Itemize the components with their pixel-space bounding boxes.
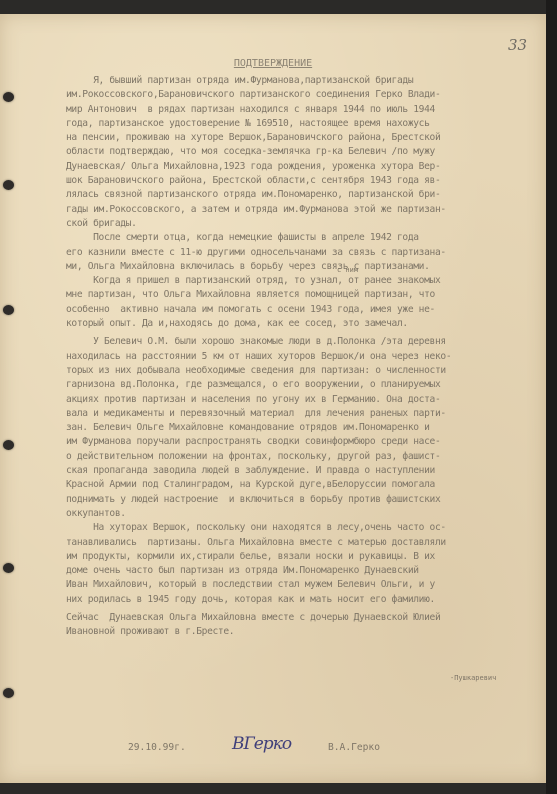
text-line: находилась на расстоянии 5 км от наших х… <box>66 350 548 364</box>
text-line: Ивановной проживают в г.Бресте. <box>66 625 548 639</box>
text-line: о действительном положении на фронтах, п… <box>66 450 548 464</box>
signer-name: В.А.Герко <box>328 742 380 753</box>
text-line: ской бригады. <box>66 217 548 231</box>
text-line: гарнизона вд.Полонка, где размещался, о … <box>66 378 548 392</box>
text-line: танавливались партизаны. Ольга Михайловн… <box>66 536 548 550</box>
text-line: них родилась в 1945 году дочь, которая к… <box>66 593 548 607</box>
scan-border <box>546 0 557 794</box>
text-line: Когда я пришел в партизанский отряд, то … <box>66 274 548 288</box>
text-line: который опыт. Да и,находясь до дома, как… <box>66 317 548 331</box>
text-line: доме очень часто был партизан из отряда … <box>66 564 548 578</box>
text-line: года, партизанское удостоверение № 16951… <box>66 117 548 131</box>
handwritten-insertion: с ним <box>337 266 358 274</box>
text-line: Я, бывший партизан отряда им.Фурманова,п… <box>66 74 548 88</box>
punch-hole <box>3 305 14 315</box>
punch-hole <box>3 92 14 102</box>
paragraph: Когда я пришел в партизанский отряд, то … <box>66 274 548 331</box>
text-line: Дунаевская/ Ольга Михайловна,1923 года р… <box>66 160 548 174</box>
handwritten-signature: ВГерко <box>232 734 291 754</box>
document-date: 29.10.99г. <box>128 742 186 753</box>
text-line: области подтверждаю, что моя соседка-зем… <box>66 145 548 159</box>
text-line: торых из них добывала необходимые сведен… <box>66 364 548 378</box>
text-line: на пенсии, проживаю на хуторе Вершок,Бар… <box>66 131 548 145</box>
text-line: шок Барановичского района, Брестской обл… <box>66 174 548 188</box>
text-line: мне партизан, что Ольга Михайловна являе… <box>66 288 548 302</box>
document-title: ПОДТВЕРЖДЕНИЕ <box>0 58 546 69</box>
text-line: На хуторах Вершок, поскольку они находят… <box>66 521 548 535</box>
document-page: 33 ПОДТВЕРЖДЕНИЕ Я, бывший партизан отря… <box>0 14 546 783</box>
text-line: У Белевич О.М. были хорошо знакомые люди… <box>66 335 548 349</box>
text-line: поднимать у людей настроение и включитьс… <box>66 493 548 507</box>
document-body: Я, бывший партизан отряда им.Фурманова,п… <box>66 74 548 640</box>
text-line: Красной Армии под Сталинградом, на Курск… <box>66 478 548 492</box>
text-line: Сейчас Дунаевская Ольга Михайловна вмест… <box>66 611 548 625</box>
text-line: вала и медикаменты и перевязочный матери… <box>66 407 548 421</box>
paragraph: Я, бывший партизан отряда им.Фурманова,п… <box>66 74 548 231</box>
paragraph: Сейчас Дунаевская Ольга Михайловна вмест… <box>66 611 548 640</box>
paragraph: На хуторах Вершок, поскольку они находят… <box>66 521 548 607</box>
text-line: акциях против партизан и населения по уг… <box>66 393 548 407</box>
punch-hole <box>3 688 14 698</box>
text-line: им.Рокоссовского,Барановичского партизан… <box>66 88 548 102</box>
text-line: особенно активно начала им помогать с ос… <box>66 303 548 317</box>
text-line: ми, Ольга Михайловна включилась в борьбу… <box>66 260 548 274</box>
punch-hole <box>3 180 14 190</box>
paragraph: У Белевич О.М. были хорошо знакомые люди… <box>66 335 548 521</box>
text-line: гады им.Рокоссовского, а затем и отряда … <box>66 203 548 217</box>
text-line: ская пропаганда заводила людей в заблужд… <box>66 464 548 478</box>
punch-hole <box>3 440 14 450</box>
text-line: зан. Белевич Ольге Михайловне командован… <box>66 421 548 435</box>
punch-hole <box>3 563 14 573</box>
text-line: им продукты, кормили их,стирали белье, в… <box>66 550 548 564</box>
text-line: им Фурманова поручали распространять сво… <box>66 435 548 449</box>
paragraph: После смерти отца, когда немецкие фашист… <box>66 231 548 274</box>
text-line: его казнили вместе с 11-ю другими односе… <box>66 246 548 260</box>
text-line: Иван Михайлович, который в последствии с… <box>66 578 548 592</box>
text-line: оккупантов. <box>66 507 548 521</box>
signature-block: 29.10.99г. ВГерко В.А.Герко <box>0 740 546 764</box>
text-line: мир Антонович в рядах партизан находился… <box>66 103 548 117</box>
folio-number: 33 <box>508 36 527 54</box>
text-line: лялась связной партизанского отряда им.П… <box>66 188 548 202</box>
handwritten-insertion: -Пушкаревич <box>450 674 496 682</box>
text-line: После смерти отца, когда немецкие фашист… <box>66 231 548 245</box>
